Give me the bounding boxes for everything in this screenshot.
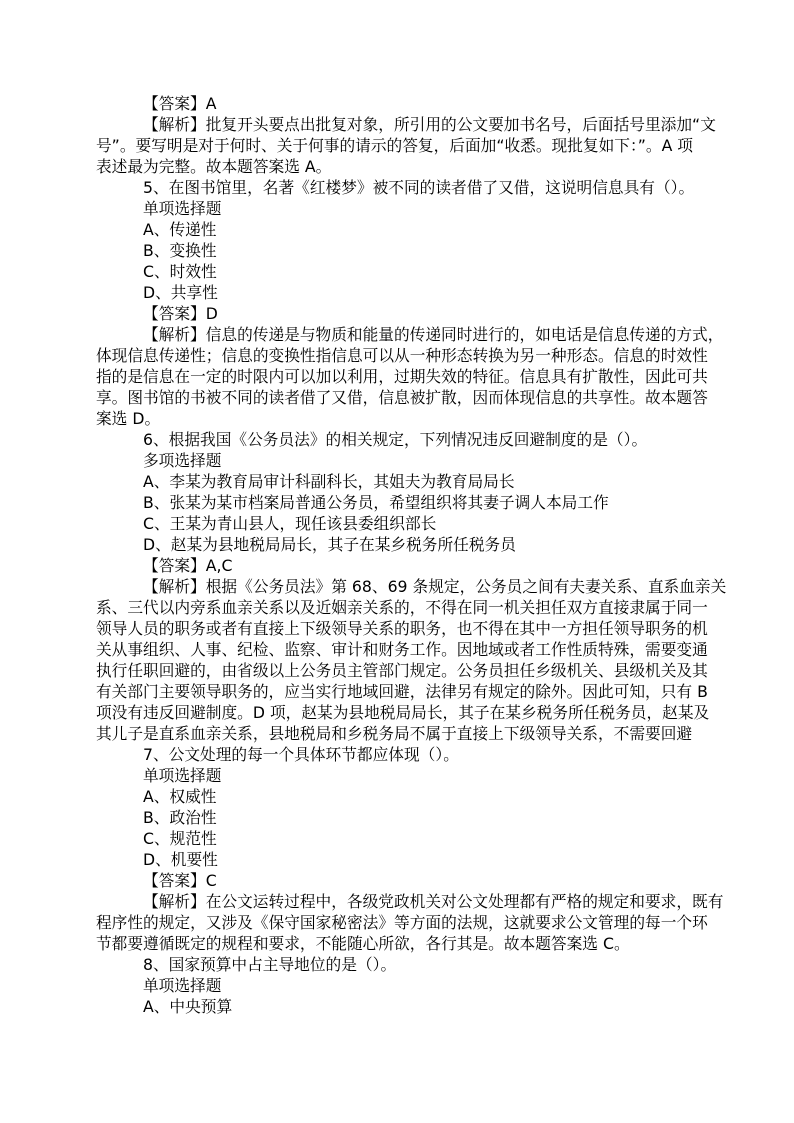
doc-line: A、中央预算 — [96, 996, 708, 1017]
doc-line: B、张某为某市档案局普通公务员，希望组织将其妻子调人本局工作 — [96, 492, 708, 513]
doc-line: A、传递性 — [96, 219, 708, 240]
doc-line: 项没有违反回避制度。D 项，赵某为县地税局局长，其子在某乡税务所任税务员，赵某及 — [96, 702, 708, 723]
doc-line: 体现信息传递性；信息的变换性指信息可以从一种形态转换为另一种形态。信息的时效性 — [96, 345, 708, 366]
doc-line: 表述最为完整。故本题答案选 A。 — [96, 156, 708, 177]
doc-line: A、李某为教育局审计科副科长，其姐夫为教育局局长 — [96, 471, 708, 492]
doc-line: 多项选择题 — [96, 450, 708, 471]
doc-line: 6、根据我国《公务员法》的相关规定，下列情况违反回避制度的是（）。 — [96, 429, 708, 450]
doc-line: 【解析】根据《公务员法》第 68、69 条规定，公务员之间有夫妻关系、直系血亲关 — [96, 576, 708, 597]
doc-line: 享。图书馆的书被不同的读者借了又借，信息被扩散，因而体现信息的共享性。故本题答 — [96, 387, 708, 408]
doc-line: 单项选择题 — [96, 765, 708, 786]
doc-line: D、赵某为县地税局局长，其子在某乡税务所任税务员 — [96, 534, 708, 555]
doc-line: D、机要性 — [96, 849, 708, 870]
doc-line: 8、国家预算中占主导地位的是（）。 — [96, 954, 708, 975]
doc-line: 其儿子是直系血亲关系，县地税局和乡税务局不属于直接上下级领导关系，不需要回避 — [96, 723, 708, 744]
doc-line: D、共享性 — [96, 282, 708, 303]
doc-line: B、变换性 — [96, 240, 708, 261]
doc-line: 【答案】D — [96, 303, 708, 324]
doc-line: A、权威性 — [96, 786, 708, 807]
document-text-block: 【答案】A【解析】批复开头要点出批复对象，所引用的公文要加书名号，后面括号里添加… — [96, 93, 708, 1017]
doc-line: 【解析】批复开头要点出批复对象，所引用的公文要加书名号，后面括号里添加“文 — [96, 114, 708, 135]
document-page: 【答案】A【解析】批复开头要点出批复对象，所引用的公文要加书名号，后面括号里添加… — [0, 0, 794, 1123]
doc-line: 号”。要写明是对于何时、关于何事的请示的答复，后面加“收悉。现批复如下：”。A … — [96, 135, 708, 156]
doc-line: 【答案】A — [96, 93, 708, 114]
doc-line: 5、在图书馆里，名著《红楼梦》被不同的读者借了又借，这说明信息具有（）。 — [96, 177, 708, 198]
doc-line: 指的是信息在一定的时限内可以加以利用，过期失效的特征。信息具有扩散性，因此可共 — [96, 366, 708, 387]
doc-line: 单项选择题 — [96, 198, 708, 219]
doc-line: 关从事组织、人事、纪检、监察、审计和财务工作。因地域或者工作性质特殊，需要变通 — [96, 639, 708, 660]
doc-line: 节都要遵循既定的规程和要求，不能随心所欲，各行其是。故本题答案选 C。 — [96, 933, 708, 954]
doc-line: 有关部门主要领导职务的，应当实行地域回避，法律另有规定的除外。因此可知，只有 B — [96, 681, 708, 702]
doc-line: 【答案】C — [96, 870, 708, 891]
doc-line: 领导人员的职务或者有直接上下级领导关系的职务，也不得在其中一方担任领导职务的机 — [96, 618, 708, 639]
doc-line: 【解析】在公文运转过程中，各级党政机关对公文处理都有严格的规定和要求，既有 — [96, 891, 708, 912]
doc-line: 系、三代以内旁系血亲关系以及近姻亲关系的，不得在同一机关担任双方直接隶属于同一 — [96, 597, 708, 618]
doc-line: 单项选择题 — [96, 975, 708, 996]
doc-line: B、政治性 — [96, 807, 708, 828]
doc-line: 【解析】信息的传递是与物质和能量的传递同时进行的，如电话是信息传递的方式， — [96, 324, 708, 345]
doc-line: 案选 D。 — [96, 408, 708, 429]
doc-line: C、时效性 — [96, 261, 708, 282]
doc-line: C、王某为青山县人，现任该县委组织部长 — [96, 513, 708, 534]
doc-line: 【答案】A,C — [96, 555, 708, 576]
doc-line: 7、公文处理的每一个具体环节都应体现（）。 — [96, 744, 708, 765]
doc-line: C、规范性 — [96, 828, 708, 849]
doc-line: 程序性的规定，又涉及《保守国家秘密法》等方面的法规，这就要求公文管理的每一个环 — [96, 912, 708, 933]
doc-line: 执行任职回避的，由省级以上公务员主管部门规定。公务员担任乡级机关、县级机关及其 — [96, 660, 708, 681]
